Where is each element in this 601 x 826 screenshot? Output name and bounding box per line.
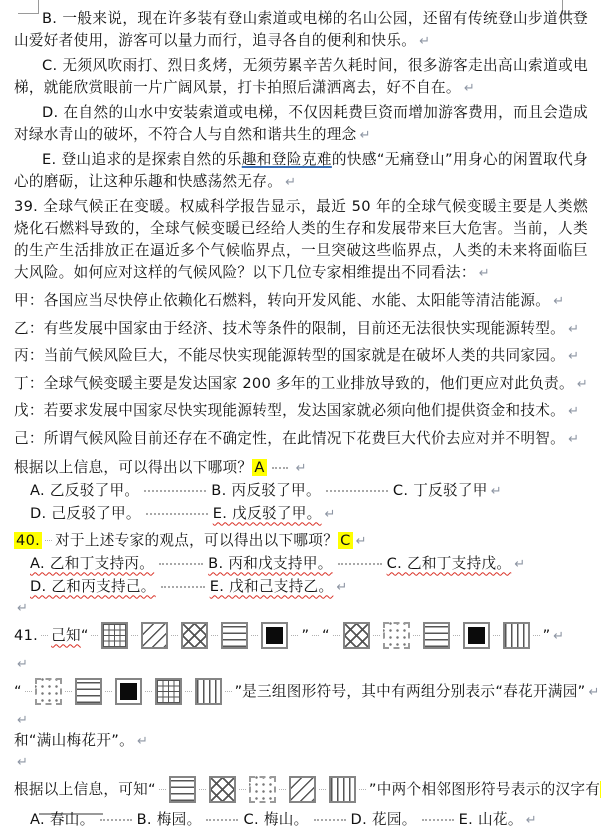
space-mark	[493, 635, 500, 636]
paragraph-mark: ↵	[491, 484, 502, 499]
option-d-text: D. 在自然的山水中安装索道或电梯，不仅因耗费巨资而增加游客费用，而且会造成对绿…	[14, 104, 588, 143]
question-40-options-row2: D. 乙和丙支持己。E. 戊和己支持乙。↵	[14, 576, 588, 599]
open-quote: “	[322, 627, 330, 644]
space-mark	[105, 691, 112, 692]
dot-leader	[314, 818, 346, 821]
paragraph-mark: ↵	[479, 266, 490, 281]
expert-line-ji: 己：所谓气候风险目前还存在不确定性，在此情况下花费巨大代价去应对并不明智。↵	[14, 427, 588, 453]
symbol-diag-icon	[289, 776, 316, 803]
space-mark	[65, 691, 72, 692]
empty-paragraph: ↵	[14, 655, 588, 674]
space-mark	[159, 789, 166, 790]
paragraph-mark: ↵	[296, 461, 307, 476]
question-41-known-line: 41.己知“”“”↵	[14, 618, 588, 655]
space-mark	[279, 789, 286, 790]
option-e-text-pre: E. 登山追求的是探索自然的乐	[42, 151, 242, 168]
expert-jia-text: 甲：各国应当尽快停止依赖化石燃料，转向开发风能、水能、太阳能等清洁能源。	[14, 292, 550, 309]
question-41-number: 41.	[14, 627, 38, 644]
dot-leader	[144, 489, 206, 492]
space-leader	[272, 466, 288, 469]
symbol-cross-icon	[343, 622, 370, 649]
space-mark	[312, 635, 319, 636]
close-quote: ”	[235, 683, 243, 700]
paragraph-mark: ↵	[419, 34, 430, 49]
paragraph-mark: ↵	[568, 432, 579, 447]
space-mark	[251, 635, 258, 636]
dot-leader	[161, 585, 205, 588]
paragraph-option-b: B. 一般来说，现在许多装有登山索道或电梯的名山公园，还留有传统登山步道供登山爱…	[14, 8, 588, 53]
expert-line-yi: 乙：有些发展中国家由于经济、技术等条件的限制，目前还无法很快实现能源转型。↵	[14, 317, 588, 343]
document-page[interactable]: B. 一般来说，现在许多装有登山索道或电梯的名山公园，还留有传统登山步道供登山爱…	[0, 0, 601, 826]
empty-paragraph: ↵	[14, 711, 588, 730]
symbol-grid-icon	[155, 678, 182, 705]
question-41-final-prompt: 根据以上信息，可知“”中两个相邻图形符号表示的汉字有A↵	[14, 772, 588, 809]
space-mark	[333, 635, 340, 636]
question-41-line2: 和“满山梅花开”。↵	[14, 730, 588, 753]
space-mark	[91, 635, 98, 636]
dot-leader	[326, 489, 388, 492]
paragraph-mark: ↵	[17, 755, 28, 770]
expert-line-bing: 丙：当前气候风险巨大，不能尽快实现能源转型的国家就是在破坏人类的共同家园。↵	[14, 344, 588, 370]
expert-ji-text: 己：所谓气候风险目前还存在不确定性，在此情况下花费巨大代价去应对并不明智。	[14, 430, 565, 447]
symbol-question-group	[156, 781, 369, 798]
question-39-prompt-text: 根据以上信息，可以得出以下哪项？	[14, 459, 252, 476]
paragraph-option-c: C. 无须风吹雨打、烈日炙烤，无须劳累辛苦久耗时间，很多游客走出高山索道或电梯，…	[14, 55, 588, 100]
q41-option-c: C. 梅山。	[243, 811, 308, 826]
question-41-final-pre: 根据以上信息，可知“	[14, 781, 156, 798]
space-mark	[25, 691, 32, 692]
question-40-prompt-text: 对于上述专家的观点，可以得出以下哪项？	[55, 532, 338, 549]
question-40-options-row1: A. 乙和丁支持丙。B. 丙和戊支持甲。C. 乙和丁支持戊。↵	[14, 553, 588, 576]
space-mark	[373, 635, 380, 636]
paragraph-mark: ↵	[360, 128, 371, 143]
question-41-group3-text: 是三组图形符号，其中有两组分别表示“春花开满园”	[242, 683, 585, 700]
symbol-group-2	[330, 627, 543, 644]
space-mark	[533, 635, 540, 636]
symbol-black-icon	[463, 622, 490, 649]
q41-option-d: D. 花园。	[351, 811, 417, 826]
q39-option-a: A. 乙反驳了甲。	[30, 482, 139, 499]
symbol-dots-icon	[249, 776, 276, 803]
symbol-group-3	[22, 683, 235, 700]
question-41-final-post: ”中两个相邻图形符号表示的汉字有	[369, 781, 600, 798]
paragraph-mark: ↵	[568, 322, 579, 337]
question-40-answer-highlight: C	[338, 532, 353, 549]
space-mark	[239, 789, 246, 790]
space-mark	[131, 635, 138, 636]
symbol-vlines-icon	[329, 776, 356, 803]
paragraph-mark: ↵	[17, 713, 28, 728]
question-39-options-row2: D. 己反驳了甲。E. 戊反驳了甲。↵	[14, 503, 588, 526]
symbol-black-icon	[261, 622, 288, 649]
expert-yi-text: 乙：有些发展中国家由于经济、技术等条件的限制，目前还无法很快实现能源转型。	[14, 320, 565, 337]
close-quote: ”	[301, 627, 309, 644]
open-quote: “	[14, 683, 22, 700]
space-mark	[291, 635, 298, 636]
q41-option-b: B. 梅园。	[137, 811, 202, 826]
expert-line-ding: 丁：全球气候变暖主要是发达国家 200 多年的工业排放导致的，他们更应对此负责。…	[14, 372, 588, 398]
dot-leader	[100, 818, 132, 821]
symbol-cross-icon	[181, 622, 208, 649]
option-e-underlined-text: 趣和登险克难	[242, 151, 332, 168]
symbol-dots-icon	[35, 678, 62, 705]
question-39-stem: 39. 全球气候正在变暖。权威科学报告显示，最近 50 年的全球气候变暖主要是人…	[14, 196, 588, 285]
space-mark	[319, 789, 326, 790]
expert-wu-text: 戊：若要求发展中国家尽快实现能源转型，发达国家就必须向他们提供资金和技术。	[14, 402, 565, 419]
q40-option-b: B. 丙和戊支持甲。	[208, 555, 332, 572]
symbol-cross-icon	[209, 776, 236, 803]
option-b-text: B. 一般来说，现在许多装有登山索道或电梯的名山公园，还留有传统登山步道供登山爱…	[14, 10, 588, 49]
paragraph-mark: ↵	[285, 175, 296, 190]
paragraph-mark: ↵	[568, 349, 579, 364]
space-mark	[225, 691, 232, 692]
close-quote: ”	[543, 627, 551, 644]
q40-option-c: C. 乙和丁支持戊。	[387, 555, 512, 572]
space-mark	[413, 635, 420, 636]
space-mark	[211, 635, 218, 636]
paragraph-mark: ↵	[514, 557, 525, 572]
symbol-diag-icon	[141, 622, 168, 649]
question-40-prompt: 40.对于上述专家的观点，可以得出以下哪项？C↵	[14, 530, 588, 553]
symbol-hlines-icon	[423, 622, 450, 649]
question-41-known-label: 己知	[51, 627, 81, 644]
paragraph-option-e: E. 登山追求的是探索自然的乐趣和登险克难的快感“无痛登山”用身心的闲置取代身心…	[14, 149, 588, 194]
question-41-options-row: A. 春山。B. 梅园。C. 梅山。D. 花园。E. 山花。↵	[14, 809, 588, 826]
space-mark	[145, 691, 152, 692]
q41-option-e: E. 山花。	[459, 811, 523, 826]
document-content: B. 一般来说，现在许多装有登山索道或电梯的名山公园，还留有传统登山步道供登山爱…	[14, 8, 588, 826]
expert-opinions: 甲：各国应当尽快停止依赖化石燃料，转向开发风能、水能、太阳能等清洁能源。↵ 乙：…	[14, 289, 588, 453]
expert-line-jia: 甲：各国应当尽快停止依赖化石燃料，转向开发风能、水能、太阳能等清洁能源。↵	[14, 289, 588, 315]
empty-paragraph: ↵	[14, 753, 588, 772]
dot-leader	[146, 512, 208, 515]
paragraph-mark: ↵	[17, 657, 28, 672]
q39-option-c: C. 丁反驳了甲	[393, 482, 488, 499]
question-39-options-row1: A. 乙反驳了甲。B. 丙反驳了甲。C. 丁反驳了甲↵	[14, 480, 588, 503]
space-mark	[185, 691, 192, 692]
question-40-number-highlight: 40.	[14, 532, 42, 549]
paragraph-mark: ↵	[589, 685, 600, 700]
space-mark	[41, 635, 48, 636]
option-c-text: C. 无须风吹雨打、烈日炙烤，无须劳累辛苦久耗时间，很多游客走出高山索道或电梯，…	[14, 57, 588, 96]
dot-leader	[422, 818, 454, 821]
symbol-hlines-icon	[75, 678, 102, 705]
question-41-line2-text: 和“满山梅花开”。	[14, 732, 134, 749]
space-mark	[453, 635, 460, 636]
expert-bing-text: 丙：当前气候风险巨大，不能尽快实现能源转型的国家就是在破坏人类的共同家园。	[14, 347, 565, 364]
paragraph-mark: ↵	[137, 734, 148, 749]
q40-option-a: A. 乙和丁支持丙。	[30, 555, 154, 572]
symbol-group-1	[88, 627, 301, 644]
q40-option-d: D. 乙和丙支持己。	[30, 578, 156, 595]
question-39-prompt: 根据以上信息，可以得出以下哪项？A↵	[14, 457, 588, 480]
paragraph-mark: ↵	[325, 507, 336, 522]
symbol-hlines-icon	[169, 776, 196, 803]
expert-line-wu: 戊：若要求发展中国家尽快实现能源转型，发达国家就必须向他们提供资金和技术。↵	[14, 399, 588, 425]
paragraph-mark: ↵	[17, 601, 28, 616]
symbol-hlines-icon	[221, 622, 248, 649]
paragraph-mark: ↵	[464, 81, 475, 96]
paragraph-option-d: D. 在自然的山水中安装索道或电梯，不仅因耗费巨资而增加游客费用，而且会造成对绿…	[14, 102, 588, 147]
symbol-black-icon	[115, 678, 142, 705]
question-39-answer-highlight: A	[252, 459, 266, 476]
dot-leader	[206, 818, 238, 821]
space-mark	[171, 635, 178, 636]
symbol-grid-icon	[101, 622, 128, 649]
q39-option-b: B. 丙反驳了甲。	[211, 482, 321, 499]
q39-option-e: E. 戊反驳了甲。	[213, 505, 322, 522]
question-39-text: 39. 全球气候正在变暖。权威科学报告显示，最近 50 年的全球气候变暖主要是人…	[14, 198, 588, 281]
paragraph-mark: ↵	[356, 534, 367, 549]
empty-paragraph: ↵	[14, 599, 588, 618]
paragraph-mark: ↵	[336, 580, 347, 595]
paragraph-mark: ↵	[553, 294, 564, 309]
space-mark	[359, 789, 366, 790]
expert-ding-text: 丁：全球气候变暖主要是发达国家 200 多年的工业排放导致的，他们更应对此负责。	[14, 375, 574, 392]
dot-leader	[159, 562, 203, 565]
q41-option-a: A. 春山。	[30, 811, 95, 826]
symbol-vlines-icon	[503, 622, 530, 649]
dot-leader	[338, 562, 382, 565]
paragraph-mark: ↵	[577, 377, 588, 392]
symbol-dots-icon	[383, 622, 410, 649]
q39-option-d: D. 己反驳了甲。	[30, 505, 141, 522]
question-41-group3-line: “”是三组图形符号，其中有两组分别表示“春花开满园”↵	[14, 674, 588, 711]
paragraph-mark: ↵	[553, 629, 564, 644]
space-mark	[45, 540, 52, 541]
symbol-vlines-icon	[195, 678, 222, 705]
paragraph-mark: ↵	[526, 813, 537, 826]
q40-option-e: E. 戊和己支持乙。	[210, 578, 334, 595]
paragraph-mark: ↵	[568, 404, 579, 419]
space-mark	[199, 789, 206, 790]
